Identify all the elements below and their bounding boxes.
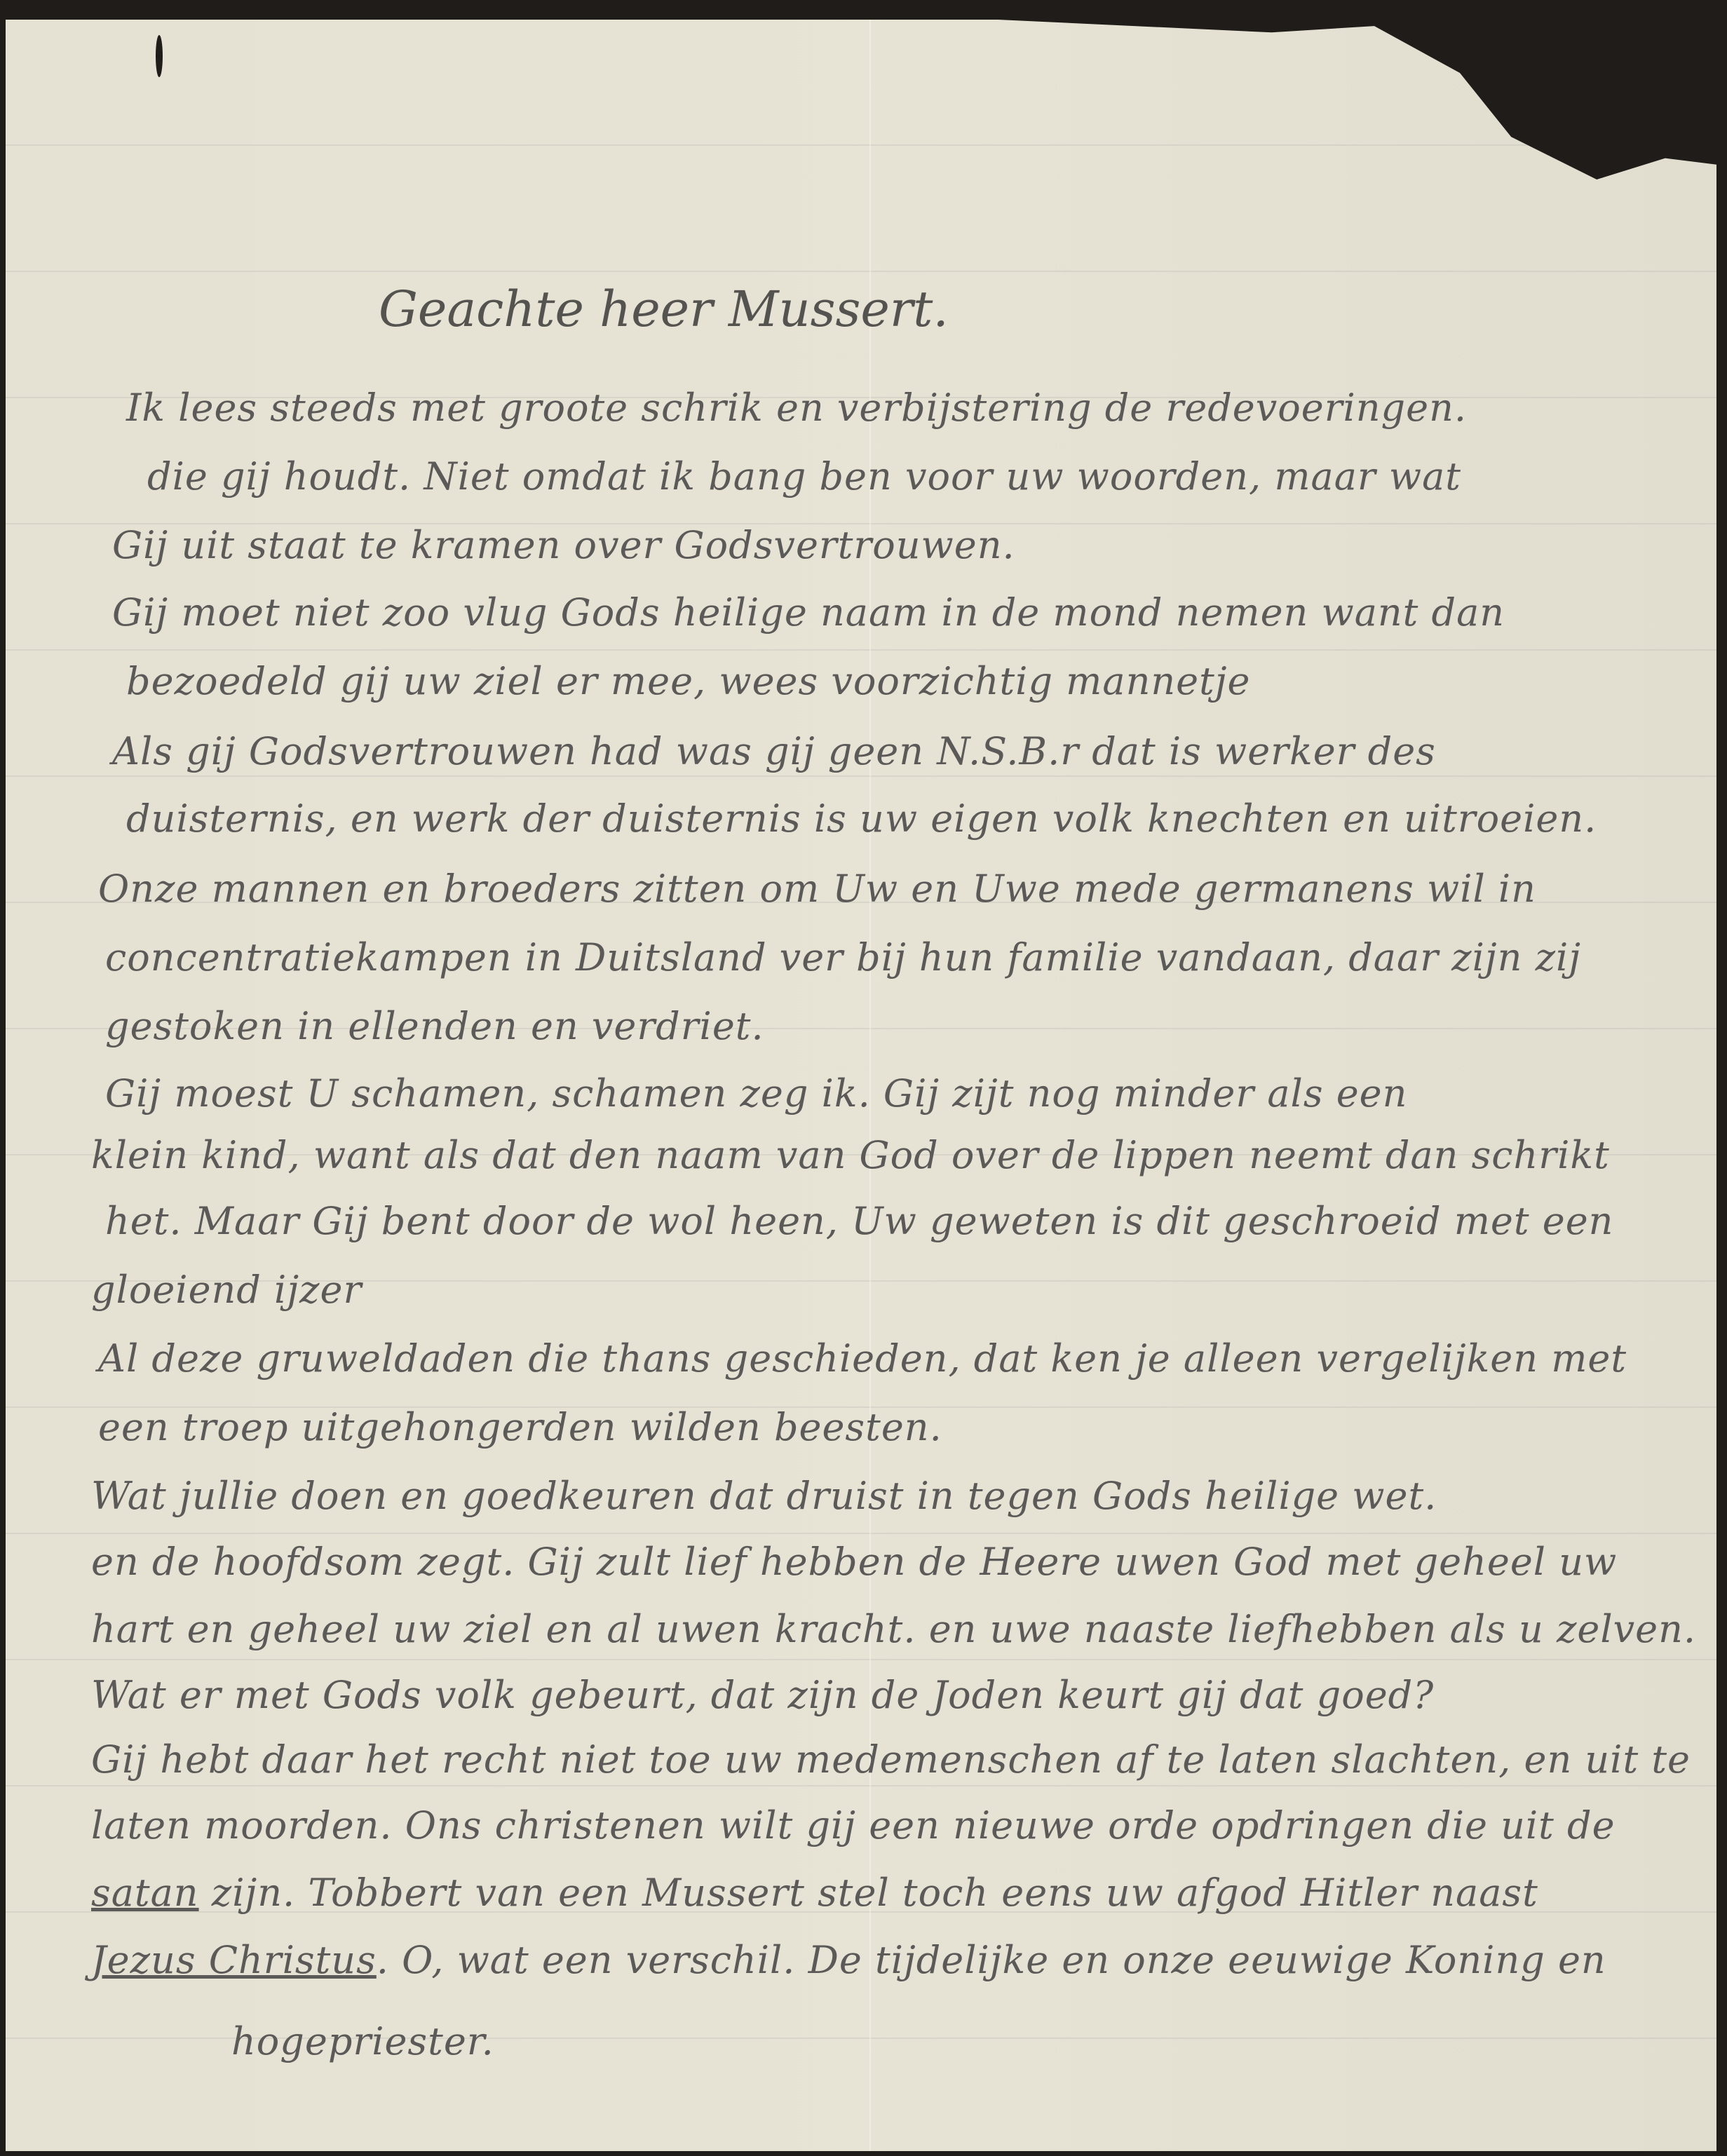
letter-line: bezoedeld gij uw ziel er mee, wees voorz… — [126, 659, 1251, 703]
underlined-word: Jezus Christus — [91, 1938, 377, 1982]
letter-line: Al deze gruweldaden die thans geschieden… — [98, 1336, 1627, 1381]
letter-line: duisternis, en werk der duisternis is uw… — [126, 796, 1597, 841]
letter-line: Ik lees steeds met groote schrik en verb… — [126, 386, 1467, 430]
letter-line: Gij uit staat te kramen over Godsvertrou… — [112, 523, 1015, 567]
letter-line: Onze mannen en broeders zitten om Uw en … — [98, 867, 1536, 911]
letter-salutation: Geachte heer Mussert. — [379, 280, 949, 338]
letter-line: en de hoofdsom zegt. Gij zult lief hebbe… — [91, 1540, 1617, 1584]
letter-line-underlined-satan: satan zijn. Tobbert van een Mussert stel… — [91, 1871, 1538, 1915]
letter-line: hart en geheel uw ziel en al uwen kracht… — [91, 1607, 1696, 1651]
letter-line: concentratiekampen in Duitsland ver bij … — [105, 935, 1581, 979]
letter-line: Gij moest U schamen, schamen zeg ik. Gij… — [105, 1071, 1407, 1116]
letter-line: Gij hebt daar het recht niet toe uw mede… — [91, 1737, 1691, 1782]
letter-line: laten moorden. Ons christenen wilt gij e… — [91, 1803, 1616, 1847]
letter-line: die gij houdt. Niet omdat ik bang ben vo… — [147, 454, 1461, 499]
paper-tear — [156, 35, 163, 77]
letter-line-underlined-jezus: Jezus Christus. O, wat een verschil. De … — [91, 1938, 1606, 1982]
letter-line: een troep uitgehongerden wilden beesten. — [98, 1405, 942, 1449]
letter-line: gestoken in ellenden en verdriet. — [105, 1004, 764, 1048]
letter-line: gloeiend ijzer — [91, 1268, 362, 1312]
underlined-word: satan — [91, 1871, 199, 1915]
letter-line: Gij moet niet zoo vlug Gods heilige naam… — [112, 590, 1505, 635]
letter-line: Wat er met Gods volk gebeurt, dat zijn d… — [91, 1673, 1434, 1717]
letter-line: het. Maar Gij bent door de wol heen, Uw … — [105, 1199, 1613, 1243]
letter-line-closing: hogepriester. — [231, 2019, 494, 2063]
letter-line: Wat jullie doen en goedkeuren dat druist… — [91, 1474, 1437, 1518]
letter-line: klein kind, want als dat den naam van Go… — [91, 1133, 1610, 1177]
letter-line: Als gij Godsvertrouwen had was gij geen … — [112, 729, 1436, 773]
